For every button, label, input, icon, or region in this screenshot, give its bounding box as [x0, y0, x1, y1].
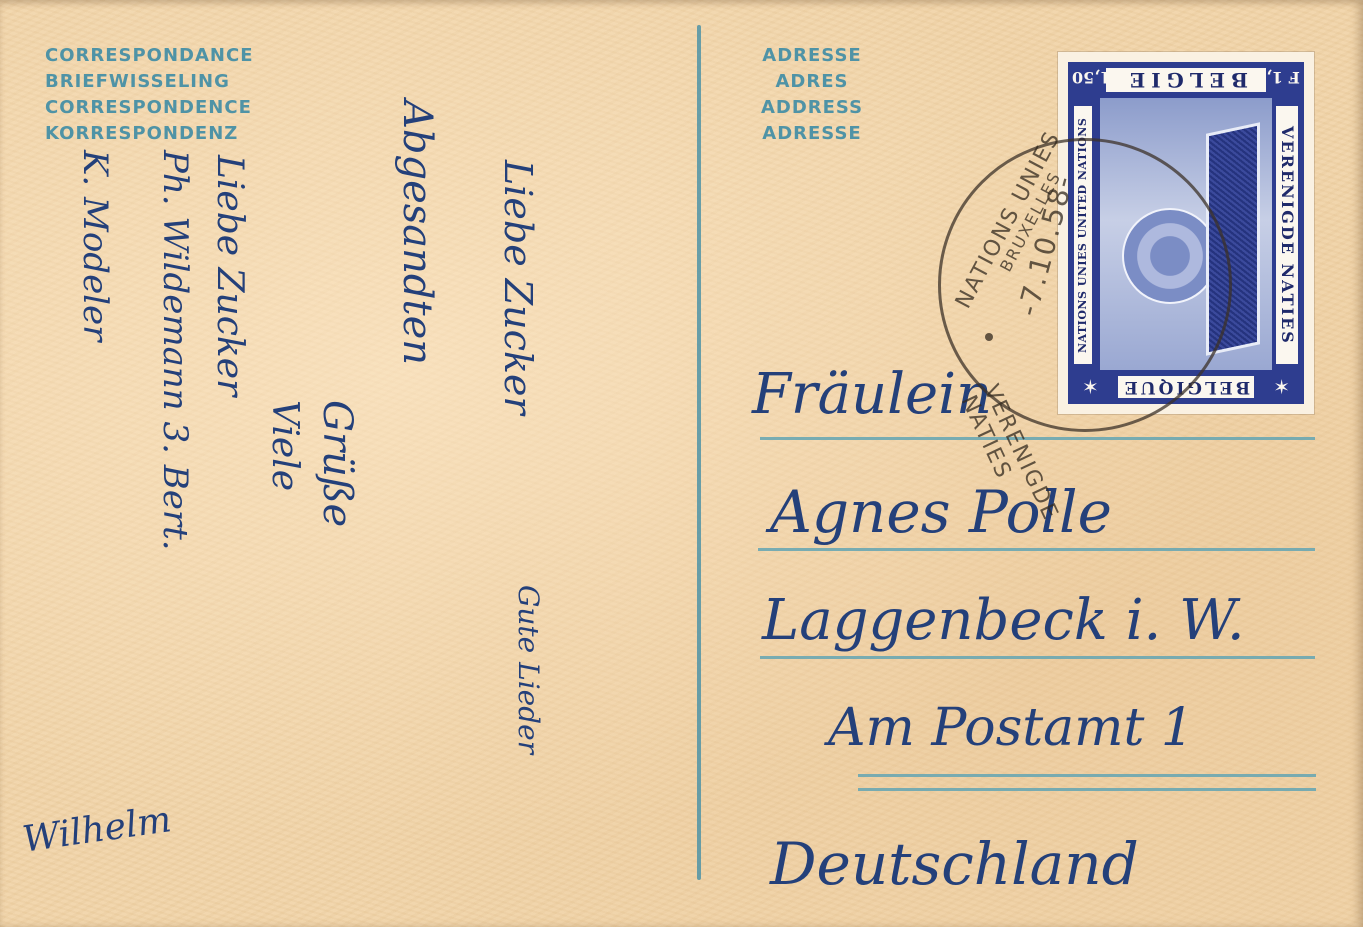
header-line-en: CORRESPONDENCE — [45, 95, 254, 121]
message-line: Abgesandten — [394, 100, 440, 365]
postmark-dot — [985, 333, 993, 341]
address-header: ADRESSE ADRES ADDRESS ADRESSE — [748, 43, 876, 147]
address-rule — [858, 788, 1316, 791]
message-line: Grüße — [314, 400, 360, 527]
postcard: CORRESPONDANCE BRIEFWISSELING CORRESPOND… — [0, 0, 1363, 927]
message-line: Ph. Wildemann 3. Bert. — [155, 150, 195, 551]
address-label-fr: ADRESSE — [748, 43, 876, 69]
header-line-de: KORRESPONDENZ — [45, 121, 254, 147]
star-icon: ✶ — [1273, 378, 1290, 398]
address-line-town: Laggenbeck i. W. — [762, 588, 1245, 653]
address-line-country: Deutschland — [770, 830, 1139, 898]
address-label-de: ADRESSE — [748, 121, 876, 147]
center-divider — [697, 25, 701, 880]
stamp-side-right: VERENIGDE NATIES — [1276, 106, 1298, 364]
address-label-nl: ADRES — [748, 69, 876, 95]
message-line: Liebe Zucker — [209, 155, 250, 396]
signature: Wilhelm — [20, 799, 174, 860]
message-line: K. Modeler — [75, 150, 115, 341]
header-line-fr: CORRESPONDANCE — [45, 43, 254, 69]
message-line: Liebe Zucker — [496, 160, 540, 415]
postmark: NATIONS UNIES BRUXELLES -7.10.58- VERENI… — [938, 138, 1232, 432]
header-line-nl: BRIEFWISSELING — [45, 69, 254, 95]
message-line: Viele — [264, 400, 305, 491]
address-rule — [858, 774, 1316, 777]
address-line-street: Am Postamt 1 — [828, 698, 1194, 758]
address-label-en: ADDRESS — [748, 95, 876, 121]
message-line: Gute Lieder — [512, 585, 545, 754]
address-line-salutation: Fräulein — [752, 362, 992, 427]
address-rule — [760, 437, 1315, 440]
address-rule — [760, 656, 1315, 659]
stamp-country-top: BELGIE — [1106, 68, 1266, 92]
correspondence-header: CORRESPONDANCE BRIEFWISSELING CORRESPOND… — [45, 43, 254, 147]
